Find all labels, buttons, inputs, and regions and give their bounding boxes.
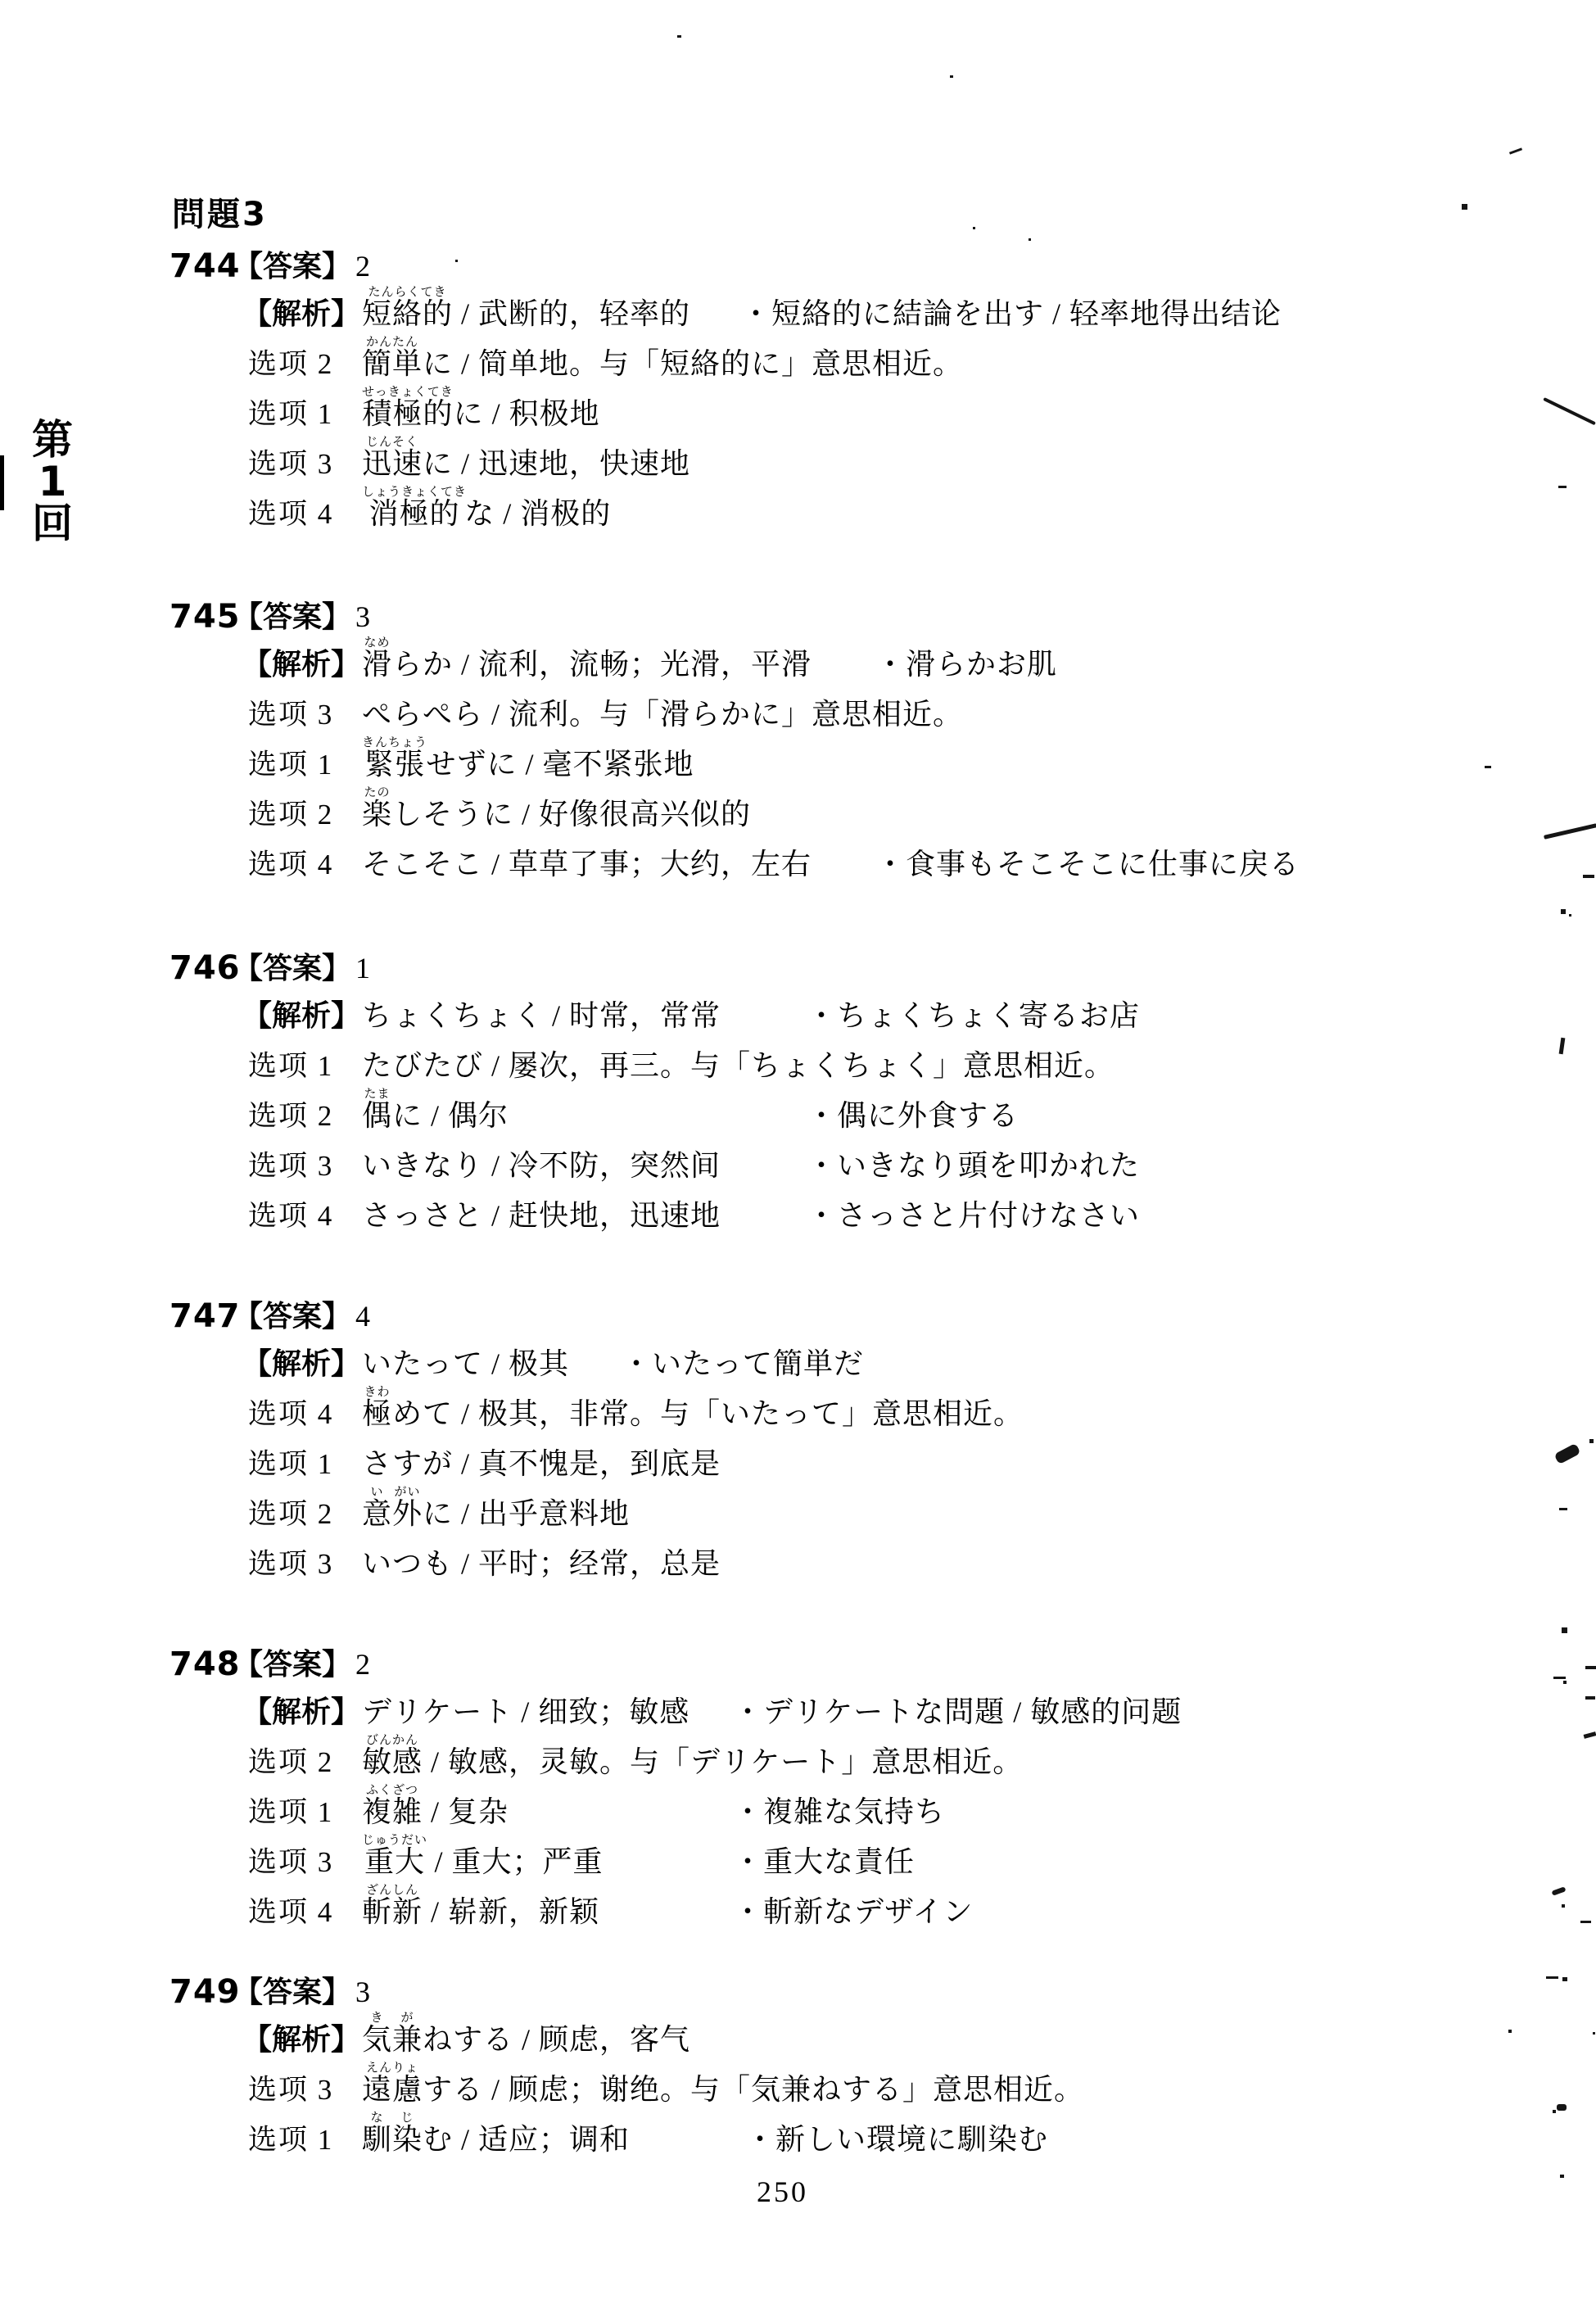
text-segment: む / 适应；调和 xyxy=(423,2123,630,2156)
definition-text: さっさと / 赶快地，迅速地 xyxy=(362,1201,807,1230)
answer-value: 2 xyxy=(355,251,370,281)
option-text: 複雑ふくざつ / 复杂・複雑な気持ち xyxy=(362,1782,945,1826)
option-label: 选项 2 xyxy=(248,1102,333,1130)
scan-artifact xyxy=(1559,1508,1567,1510)
text-segment: ぺらぺら / 流利。与「滑らかに」意思相近。 xyxy=(362,698,963,731)
answer-label: 【答案】 xyxy=(233,1978,351,2007)
option-label: 选项 3 xyxy=(248,1848,333,1876)
text-segment: な / 消极的 xyxy=(464,497,611,530)
text-segment: に / 简单地。与「短絡的に」意思相近。 xyxy=(423,347,963,380)
example-text: ・新しい環境に馴染む xyxy=(745,2123,1048,2156)
scanned-book-page: 第1回 問題3 744【答案】2【解析】短絡的たんらくてき / 武断的，轻率的・… xyxy=(0,0,1596,2322)
furigana-term: 消極的しょうきょくてき xyxy=(362,497,464,530)
option-row: 选项 2楽たのしそうに / 好像很高兴似的 xyxy=(0,794,1596,832)
option-row: 选项 3重大じゅうだい / 重大；严重・重大な責任 xyxy=(0,1842,1596,1880)
definition-text: 斬新ざんしん / 崭新，新颖 xyxy=(362,1882,733,1926)
example-text: ・さっさと片付けなさい xyxy=(807,1199,1140,1232)
analysis-row: 【解析】滑なめらか / 流利，流畅；光滑，平滑・滑らかお肌 xyxy=(0,645,1596,682)
analysis-label: 【解析】 xyxy=(242,1350,360,1379)
furigana-term: 短絡的たんらくてき xyxy=(362,297,453,330)
scan-artifact xyxy=(1553,1677,1566,1679)
answer-value: 3 xyxy=(355,1977,370,2007)
option-row: 选项 4さっさと / 赶快地，迅速地・さっさと片付けなさい xyxy=(0,1196,1596,1233)
page-number: 250 xyxy=(757,2175,808,2209)
scan-artifact xyxy=(1553,2110,1556,2113)
scan-artifact xyxy=(973,227,975,229)
option-text: たびたび / 屡次，再三。与「ちょくちょく」意思相近。 xyxy=(362,1051,1114,1080)
text-segment: に / 积极地 xyxy=(454,397,600,430)
scan-artifact xyxy=(1546,1976,1558,1979)
scan-artifact xyxy=(1583,875,1594,878)
answer-row: 746【答案】1 xyxy=(0,948,1596,986)
option-row: 选项 3いつも / 平时；经常，总是 xyxy=(0,1544,1596,1582)
option-row: 选项 1馴な染じむ / 适应；调和・新しい環境に馴染む xyxy=(0,2120,1596,2157)
furigana-term: 迅速じんそく xyxy=(362,447,423,480)
text-segment: / 崭新，新颖 xyxy=(423,1895,599,1928)
text-segment: いきなり / 冷不防，突然间 xyxy=(362,1149,721,1182)
option-text: いきなり / 冷不防，突然间・いきなり頭を叩かれた xyxy=(362,1151,1140,1180)
option-label: 选项 4 xyxy=(248,1400,333,1428)
definition-text: デリケート / 细致；敏感 xyxy=(362,1697,733,1727)
definition-text: 馴な染じむ / 适应；调和 xyxy=(362,2110,745,2154)
option-row: 选项 4そこそこ / 草草了事；大约，左右・食事もそこそこに仕事に戻る xyxy=(0,844,1596,882)
scan-artifact xyxy=(950,75,953,78)
option-text: 積極的せっきょくてきに / 积极地 xyxy=(362,384,600,428)
text-segment: さっさと / 赶快地，迅速地 xyxy=(362,1199,721,1232)
scan-artifact xyxy=(1561,909,1566,914)
answer-row: 749【答案】3 xyxy=(0,1972,1596,2010)
question-number: 746 xyxy=(170,952,241,984)
answer-value: 1 xyxy=(355,953,370,983)
answer-row: 747【答案】4 xyxy=(0,1297,1596,1334)
analysis-text: 気き兼がねする / 顾虑，客气 xyxy=(362,2010,690,2054)
option-label: 选项 4 xyxy=(248,1898,333,1926)
scan-artifact xyxy=(1569,914,1571,917)
text-segment: / 敏感，灵敏。与「デリケート」意思相近。 xyxy=(423,1745,1023,1778)
option-text: 意い外がいに / 出乎意料地 xyxy=(362,1484,630,1528)
scan-artifact xyxy=(1563,1681,1567,1684)
option-row: 选项 2偶たまに / 偶尔・偶に外食する xyxy=(0,1096,1596,1134)
text-segment: / 武断的，轻率的 xyxy=(453,297,690,330)
option-text: 消極的しょうきょくてきな / 消极的 xyxy=(362,484,611,528)
example-text: ・いきなり頭を叩かれた xyxy=(807,1149,1140,1182)
option-row: 选项 2意い外がいに / 出乎意料地 xyxy=(0,1494,1596,1532)
scan-artifact xyxy=(1585,1666,1596,1669)
option-row: 选项 1さすが / 真不愧是，到底是 xyxy=(0,1444,1596,1482)
option-label: 选项 1 xyxy=(248,1450,333,1478)
example-text: ・複雑な気持ち xyxy=(733,1795,945,1828)
option-row: 选项 2簡単かんたんに / 简单地。与「短絡的に」意思相近。 xyxy=(0,344,1596,382)
text-segment: ちょくちょく / 时常，常常 xyxy=(362,999,721,1032)
text-segment: めて / 极其，非常。与「いたって」意思相近。 xyxy=(392,1397,1024,1430)
analysis-label: 【解析】 xyxy=(242,650,360,680)
text-segment: さすが / 真不愧是，到底是 xyxy=(362,1447,721,1480)
question-number: 747 xyxy=(170,1300,241,1333)
answer-label: 【答案】 xyxy=(233,603,351,632)
furigana-term: 染じ xyxy=(392,2123,423,2156)
scan-artifact xyxy=(1558,486,1567,488)
scan-artifact xyxy=(455,260,458,262)
text-segment: ねする / 顾虑，客气 xyxy=(423,2023,690,2056)
option-row: 选项 4極きわめて / 极其，非常。与「いたって」意思相近。 xyxy=(0,1394,1596,1432)
answer-row: 745【答案】3 xyxy=(0,597,1596,635)
option-row: 选项 1複雑ふくざつ / 复杂・複雑な気持ち xyxy=(0,1792,1596,1830)
scan-artifact xyxy=(1562,1977,1567,1981)
text-segment: に / 迅速地，快速地 xyxy=(423,447,690,480)
scan-artifact xyxy=(1560,2175,1564,2178)
analysis-text: 短絡的たんらくてき / 武断的，轻率的・短絡的に結論を出す / 轻率地得出结论 xyxy=(362,284,1282,328)
furigana-term: 兼が xyxy=(392,2023,423,2056)
analysis-row: 【解析】気き兼がねする / 顾虑，客气 xyxy=(0,2020,1596,2057)
option-label: 选项 4 xyxy=(248,850,333,879)
text-segment: に / 出乎意料地 xyxy=(423,1497,630,1530)
definition-text: いたって / 极其 xyxy=(362,1349,622,1378)
answer-value: 3 xyxy=(355,602,370,631)
option-label: 选项 2 xyxy=(248,800,333,829)
furigana-term: 滑なめ xyxy=(362,648,392,681)
definition-text: 偶たまに / 偶尔 xyxy=(362,1086,807,1130)
option-text: 迅速じんそくに / 迅速地，快速地 xyxy=(362,434,690,478)
furigana-term: 積極的せっきょくてき xyxy=(362,397,454,430)
text-segment: らか / 流利，流畅；光滑，平滑 xyxy=(392,648,812,681)
question-number: 748 xyxy=(170,1648,241,1681)
example-text: ・滑らかお肌 xyxy=(875,648,1057,681)
example-text: ・ちょくちょく寄るお店 xyxy=(807,999,1140,1032)
answer-label: 【答案】 xyxy=(233,252,351,282)
text-segment: たびたび / 屡次，再三。与「ちょくちょく」意思相近。 xyxy=(362,1049,1114,1082)
answer-row: 744【答案】2 xyxy=(0,247,1596,284)
option-label: 选项 1 xyxy=(248,1052,333,1080)
option-row: 选项 3遠慮えんりょする / 顾虑；谢绝。与「気兼ねする」意思相近。 xyxy=(0,2070,1596,2107)
option-row: 选项 4消極的しょうきょくてきな / 消极的 xyxy=(0,494,1596,532)
option-text: ぺらぺら / 流利。与「滑らかに」意思相近。 xyxy=(362,699,963,729)
text-segment: いたって / 极其 xyxy=(362,1347,569,1380)
option-label: 选项 2 xyxy=(248,350,333,378)
option-label: 选项 3 xyxy=(248,1152,333,1180)
option-text: さっさと / 赶快地，迅速地・さっさと片付けなさい xyxy=(362,1201,1140,1230)
furigana-term: 馴な xyxy=(362,2123,392,2156)
option-text: 斬新ざんしん / 崭新，新颖・斬新なデザイン xyxy=(362,1882,973,1926)
option-label: 选项 1 xyxy=(248,400,333,428)
scan-artifact xyxy=(1580,1921,1591,1923)
analysis-text: ちょくちょく / 时常，常常・ちょくちょく寄るお店 xyxy=(362,1001,1140,1030)
scan-artifact xyxy=(1585,1696,1595,1700)
answer-row: 748【答案】2 xyxy=(0,1645,1596,1682)
answer-label: 【答案】 xyxy=(233,1302,351,1332)
option-text: さすが / 真不愧是，到底是 xyxy=(362,1449,721,1478)
definition-text: 滑なめらか / 流利，流畅；光滑，平滑 xyxy=(362,635,875,679)
option-text: 馴な染じむ / 适应；调和・新しい環境に馴染む xyxy=(362,2110,1048,2154)
option-label: 选项 1 xyxy=(248,750,333,779)
furigana-term: 外がい xyxy=(392,1497,423,1530)
furigana-term: 遠慮えんりょ xyxy=(362,2073,423,2106)
furigana-term: 重大じゅうだい xyxy=(362,1845,427,1878)
option-text: 極きわめて / 极其，非常。与「いたって」意思相近。 xyxy=(362,1384,1024,1428)
analysis-text: いたって / 极其・いたって簡単だ xyxy=(362,1349,864,1378)
answer-value: 2 xyxy=(355,1650,370,1679)
option-row: 选项 3ぺらぺら / 流利。与「滑らかに」意思相近。 xyxy=(0,695,1596,732)
furigana-term: 斬新ざんしん xyxy=(362,1895,423,1928)
scan-artifact xyxy=(1593,2032,1595,2035)
definition-text: いきなり / 冷不防，突然间 xyxy=(362,1151,807,1180)
option-label: 选项 2 xyxy=(248,1748,333,1777)
option-row: 选项 1緊張きんちょうせずに / 毫不紧张地 xyxy=(0,745,1596,782)
scan-artifact xyxy=(1462,204,1467,210)
scan-artifact xyxy=(1584,1731,1596,1739)
option-row: 选项 2敏感びんかん / 敏感，灵敏。与「デリケート」意思相近。 xyxy=(0,1742,1596,1780)
furigana-term: 楽たの xyxy=(362,798,392,831)
text-segment: / 复杂 xyxy=(423,1795,509,1828)
example-text: ・短絡的に結論を出す / 轻率地得出结论 xyxy=(741,297,1282,330)
text-segment: する / 顾虑；谢绝。与「気兼ねする」意思相近。 xyxy=(423,2073,1084,2106)
option-text: そこそこ / 草草了事；大约，左右・食事もそこそこに仕事に戻る xyxy=(362,849,1300,879)
option-label: 选项 1 xyxy=(248,2125,333,2154)
example-text: ・重大な責任 xyxy=(733,1845,915,1878)
example-text: ・偶に外食する xyxy=(807,1099,1019,1132)
furigana-term: 複雑ふくざつ xyxy=(362,1795,423,1828)
text-segment: そこそこ / 草草了事；大约，左右 xyxy=(362,848,812,880)
scan-artifact xyxy=(1562,1627,1567,1633)
example-text: ・いたって簡単だ xyxy=(622,1347,864,1380)
furigana-term: 敏感びんかん xyxy=(362,1745,423,1778)
furigana-term: 簡単かんたん xyxy=(362,347,423,380)
text-segment: せずに / 毫不紧张地 xyxy=(427,748,694,781)
scan-artifact xyxy=(1509,147,1522,154)
definition-text: 短絡的たんらくてき / 武断的，轻率的 xyxy=(362,284,741,328)
question-number: 745 xyxy=(170,600,241,633)
analysis-row: 【解析】短絡的たんらくてき / 武断的，轻率的・短絡的に結論を出す / 轻率地得… xyxy=(0,294,1596,332)
problem-header: 問題3 xyxy=(172,198,268,231)
analysis-label: 【解析】 xyxy=(242,1002,360,1031)
answer-label: 【答案】 xyxy=(233,954,351,984)
option-text: 緊張きんちょうせずに / 毫不紧张地 xyxy=(362,735,694,779)
scan-artifact xyxy=(1557,2104,1567,2111)
option-text: いつも / 平时；经常，总是 xyxy=(362,1549,721,1578)
text-segment: / 重大；严重 xyxy=(427,1845,604,1878)
option-text: 簡単かんたんに / 简单地。与「短絡的に」意思相近。 xyxy=(362,334,963,378)
analysis-row: 【解析】いたって / 极其・いたって簡単だ xyxy=(0,1344,1596,1382)
option-label: 选项 4 xyxy=(248,1202,333,1230)
furigana-term: 気き xyxy=(362,2023,392,2056)
question-number: 749 xyxy=(170,1976,241,2008)
answer-value: 4 xyxy=(355,1301,370,1331)
option-text: 遠慮えんりょする / 顾虑；谢绝。与「気兼ねする」意思相近。 xyxy=(362,2060,1084,2104)
option-text: 敏感びんかん / 敏感，灵敏。与「デリケート」意思相近。 xyxy=(362,1732,1023,1777)
furigana-term: 極きわ xyxy=(362,1397,392,1430)
option-label: 选项 3 xyxy=(248,450,333,478)
scan-artifact xyxy=(1485,766,1491,768)
example-text: ・斬新なデザイン xyxy=(733,1895,973,1928)
definition-text: 重大じゅうだい / 重大；严重 xyxy=(362,1832,733,1876)
option-label: 选项 4 xyxy=(248,500,333,528)
text-segment: に / 偶尔 xyxy=(392,1099,509,1132)
scan-artifact xyxy=(677,35,681,38)
analysis-row: 【解析】ちょくちょく / 时常，常常・ちょくちょく寄るお店 xyxy=(0,996,1596,1034)
option-text: 重大じゅうだい / 重大；严重・重大な責任 xyxy=(362,1832,915,1876)
option-label: 选项 2 xyxy=(248,1500,333,1528)
question-number: 744 xyxy=(170,250,241,283)
analysis-text: デリケート / 细致；敏感・デリケートな問題 / 敏感的问题 xyxy=(362,1697,1182,1727)
answer-label: 【答案】 xyxy=(233,1650,351,1680)
option-label: 选项 3 xyxy=(248,1550,333,1578)
example-text: ・食事もそこそこに仕事に戻る xyxy=(875,848,1300,880)
analysis-label: 【解析】 xyxy=(242,1698,360,1727)
option-row: 选项 3迅速じんそくに / 迅速地，快速地 xyxy=(0,444,1596,482)
option-text: 楽たのしそうに / 好像很高兴似的 xyxy=(362,785,751,829)
option-row: 选项 1たびたび / 屡次，再三。与「ちょくちょく」意思相近。 xyxy=(0,1046,1596,1084)
option-text: 偶たまに / 偶尔・偶に外食する xyxy=(362,1086,1019,1130)
scan-artifact xyxy=(1508,2030,1512,2033)
analysis-label: 【解析】 xyxy=(242,2026,360,2055)
text-segment: しそうに / 好像很高兴似的 xyxy=(392,798,751,831)
scan-artifact xyxy=(1029,238,1031,241)
definition-text: ちょくちょく / 时常，常常 xyxy=(362,1001,807,1030)
furigana-term: 意い xyxy=(362,1497,392,1530)
option-row: 选项 4斬新ざんしん / 崭新，新颖・斬新なデザイン xyxy=(0,1892,1596,1930)
option-label: 选项 1 xyxy=(248,1798,333,1826)
furigana-term: 偶たま xyxy=(362,1099,392,1132)
definition-text: そこそこ / 草草了事；大约，左右 xyxy=(362,849,875,879)
definition-text: 複雑ふくざつ / 复杂 xyxy=(362,1782,733,1826)
furigana-term: 緊張きんちょう xyxy=(362,748,427,781)
scan-artifact xyxy=(1562,1904,1565,1908)
scan-artifact xyxy=(1589,1439,1594,1443)
analysis-text: 滑なめらか / 流利，流畅；光滑，平滑・滑らかお肌 xyxy=(362,635,1057,679)
option-label: 选项 3 xyxy=(248,700,333,729)
option-row: 选项 3いきなり / 冷不防，突然间・いきなり頭を叩かれた xyxy=(0,1146,1596,1184)
option-label: 选项 3 xyxy=(248,2075,333,2104)
example-text: ・デリケートな問題 / 敏感的问题 xyxy=(733,1695,1182,1728)
text-segment: デリケート / 细致；敏感 xyxy=(362,1695,689,1728)
option-row: 选项 1積極的せっきょくてきに / 积极地 xyxy=(0,394,1596,432)
analysis-label: 【解析】 xyxy=(242,300,360,329)
text-segment: いつも / 平时；经常，总是 xyxy=(362,1547,721,1580)
analysis-row: 【解析】デリケート / 细致；敏感・デリケートな問題 / 敏感的问题 xyxy=(0,1692,1596,1730)
